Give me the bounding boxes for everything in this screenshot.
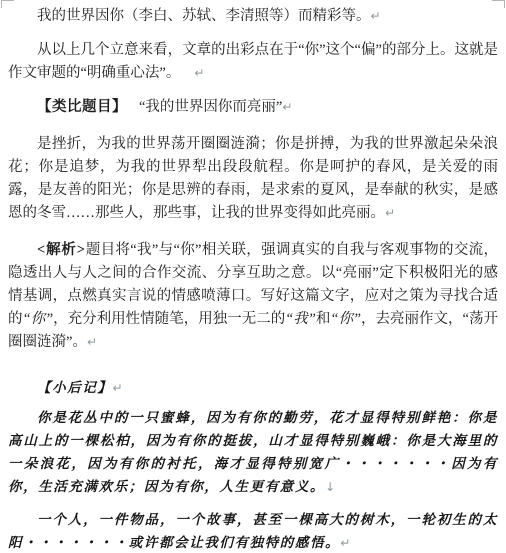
paragraph-text: 从以上几个立意来看，文章的出彩点在于“你”这个“偏”的部分上。这就是作文审题的“… (8, 42, 498, 81)
text-boundary-corner-left (1, 0, 14, 8)
heading-title-text: “我的世界因你而亮丽” (139, 99, 282, 115)
document-page: 我的世界因你（李白、苏轼、李清照等）而精彩等。↵ 从以上几个立意来看，文章的出彩… (0, 0, 506, 553)
paragraph-text: 我的世界因你（李白、苏轼、李清照等）而精彩等。 (37, 8, 371, 24)
heading-postscript: 【小后记】↵ (8, 376, 498, 400)
heading-label: 【类比题目】 (37, 99, 127, 115)
paragraph-summary: 从以上几个立意来看，文章的出彩点在于“你”这个“偏”的部分上。这就是作文审题的“… (8, 39, 498, 85)
paragraph-mark: ↵ (282, 100, 292, 114)
paragraph-text: 一个人，一件物品，一个故事，甚至一棵高大的树木，一轮初生的太阳・・・・・・・或许… (8, 512, 498, 550)
analysis-text: 和 (316, 311, 331, 327)
paragraph-mark: ↵ (113, 381, 125, 395)
paragraph-mark: ↵ (87, 335, 97, 349)
paragraph-mark: ↵ (371, 9, 381, 23)
paragraph-postscript-closing: 一个人，一件物品，一个故事，甚至一棵高大的树木，一轮初生的太阳・・・・・・・或许… (8, 508, 498, 553)
analysis-label: <解析> (37, 242, 86, 258)
paragraph-mark: ↵ (340, 536, 352, 550)
paragraph-postscript-metaphors: 你是花丛中的一只蜜蜂，因为有你的勤劳，花才显得特别鲜艳：你是高山上的一棵松柏，因… (8, 406, 498, 499)
text-boundary-corner-right (492, 0, 505, 8)
paragraph-text: 你是花丛中的一只蜜蜂，因为有你的勤劳，花才显得特别鲜艳：你是高山上的一棵松柏，因… (8, 410, 498, 494)
paragraph-mark: ↵ (385, 206, 395, 220)
analysis-quoted-you: “你” (23, 311, 54, 327)
paragraph-intro: 我的世界因你（李白、苏轼、李清照等）而精彩等。↵ (8, 5, 498, 28)
paragraph-mark: ↵ (194, 66, 204, 80)
paragraph-text: 是挫折，为我的世界荡开圈圈涟漪；你是拼搏，为我的世界激起朵朵浪花；你是追梦，为我… (8, 136, 498, 221)
analysis-quoted-me: “我” (285, 311, 316, 327)
heading-analogy-title: 【类比题目】“我的世界因你而亮丽”↵ (8, 96, 498, 119)
line-break-mark: ↓ (325, 480, 337, 494)
paragraph-analogy-body: 是挫折，为我的世界荡开圈圈涟漪；你是拼搏，为我的世界激起朵朵浪花；你是追梦，为我… (8, 133, 498, 225)
paragraph-analysis: <解析>题目将“我”与“你”相关联，强调真实的自我与客观事物的交流，隐透出人与人… (8, 239, 498, 354)
analysis-text: ，充分利用性情随笔，用独一无二的 (53, 311, 285, 327)
analysis-quoted-you: “你” (330, 311, 361, 327)
heading-label: 【小后记】 (37, 380, 113, 395)
